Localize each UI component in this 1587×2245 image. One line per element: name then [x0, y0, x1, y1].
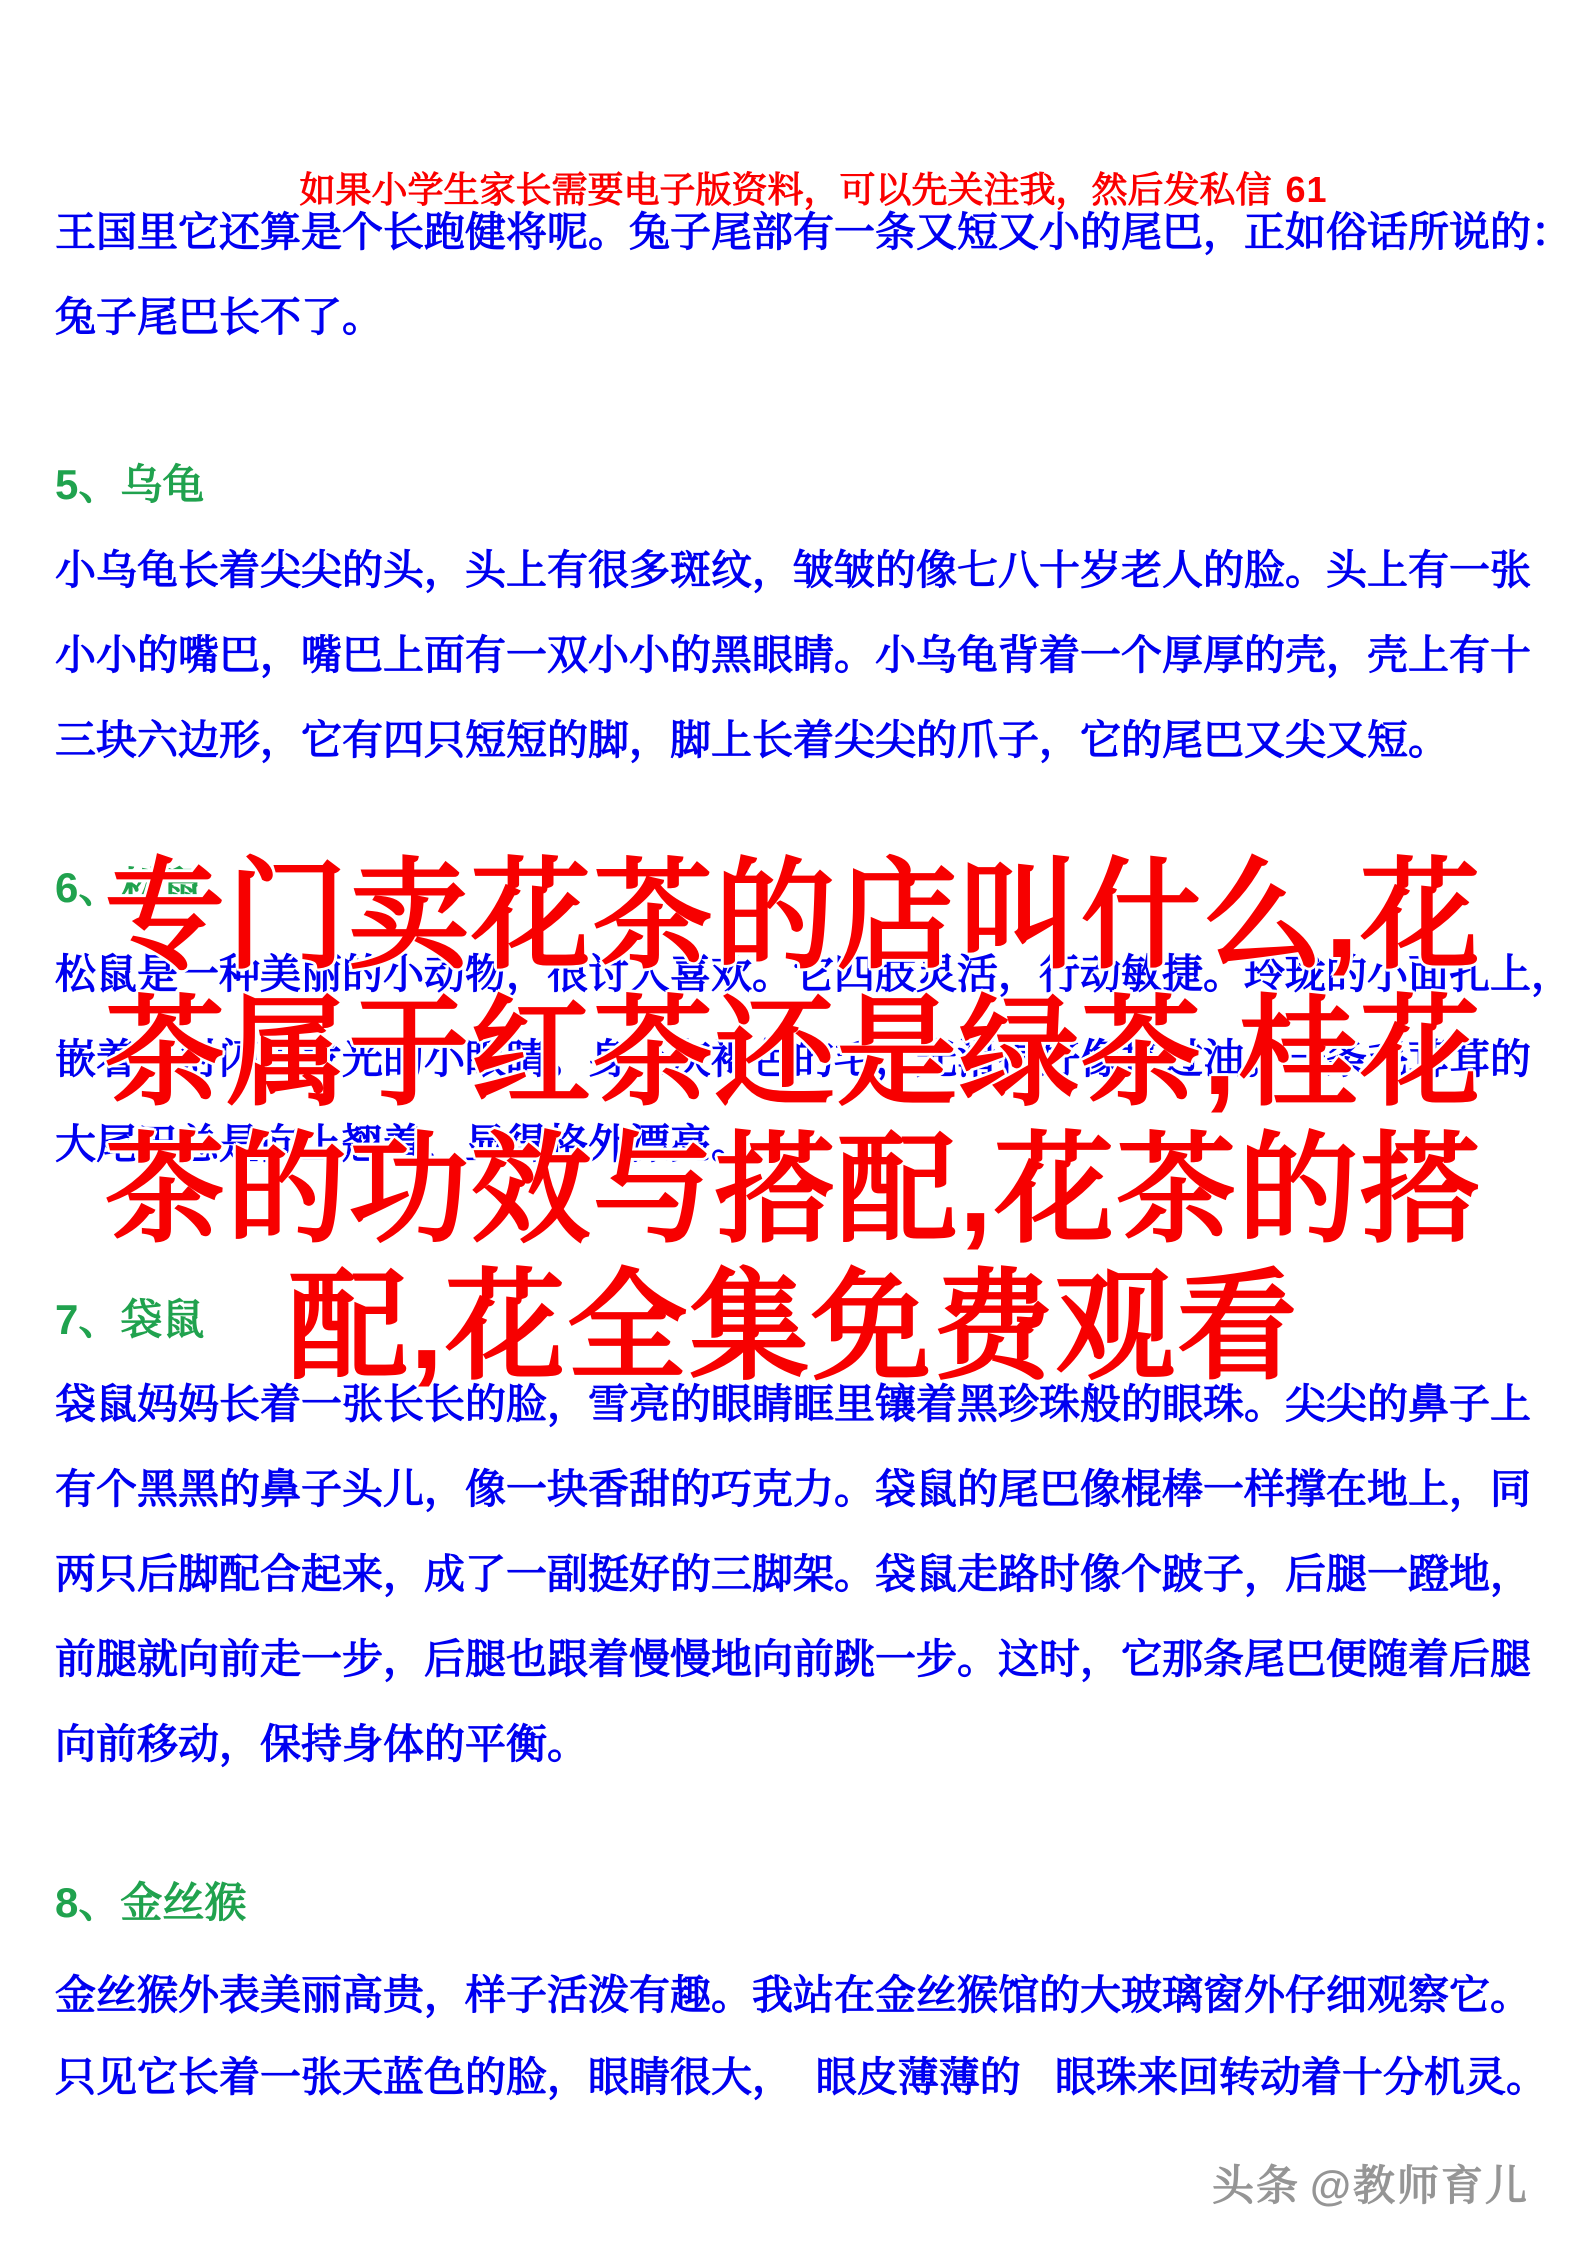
- text-line: 两只后脚配合起来，成了一副挺好的三脚架。袋鼠走路时像个跛子，后腿一蹬地，: [55, 1532, 1532, 1617]
- overlay-title-line: 茶的功效与搭配,花茶的搭: [0, 1122, 1587, 1259]
- text-line: 前腿就向前走一步，后腿也跟着慢慢地向前跳一步。这时，它那条尾巴便随着后腿: [55, 1617, 1532, 1702]
- text-line: 金丝猴外表美丽高贵，样子活泼有趣。我站在金丝猴馆的大玻璃窗外仔细观察它。: [55, 1954, 1532, 2036]
- text-line: 有个黑黑的鼻子头儿，像一块香甜的巧克力。袋鼠的尾巴像棍棒一样撑在地上，同: [55, 1447, 1532, 1532]
- text-line: 只见它长着一张天蓝色的脸，眼睛很大， 眼皮薄薄的 眼珠来回转动着十分机灵。: [55, 2036, 1532, 2118]
- overlay-title-line: 专门卖花茶的店叫什么,花: [0, 848, 1587, 985]
- document-page: 如果小学生家长需要电子版资料，可以先关注我，然后发私信61 王国里它还算是个长跑…: [0, 0, 1587, 2245]
- text-line: 兔子尾巴长不了。: [55, 275, 1532, 360]
- paragraph: 金丝猴外表美丽高贵，样子活泼有趣。我站在金丝猴馆的大玻璃窗外仔细观察它。只见它长…: [55, 1954, 1532, 2118]
- overlay-title-line: 茶属于红茶还是绿茶,桂花: [0, 985, 1587, 1122]
- paragraph: 王国里它还算是个长跑健将呢。兔子尾部有一条又短又小的尾巴，正如俗话所说的：兔子尾…: [55, 190, 1532, 360]
- section-heading: 8、金丝猴: [55, 1868, 1532, 1938]
- text-line: 8、金丝猴: [55, 1868, 1532, 1938]
- text-line: 三块六边形，它有四只短短的脚，脚上长着尖尖的爪子，它的尾巴又尖又短。: [55, 698, 1532, 783]
- section-heading: 5、乌龟: [55, 450, 1532, 520]
- watermark-account: @教师育儿: [1310, 2162, 1529, 2209]
- overlay-title-line: 配,花全集免费观看: [0, 1259, 1587, 1396]
- overlay-title: 专门卖花茶的店叫什么,花茶属于红茶还是绿茶,桂花茶的功效与搭配,花茶的搭配,花全…: [0, 848, 1587, 1396]
- text-line: 向前移动，保持身体的平衡。: [55, 1702, 1532, 1787]
- text-line: 5、乌龟: [55, 450, 1532, 520]
- text-line: 小乌龟长着尖尖的头，头上有很多斑纹，皱皱的像七八十岁老人的脸。头上有一张: [55, 528, 1532, 613]
- watermark-platform: 头条: [1212, 2162, 1300, 2209]
- watermark: 头条@教师育儿: [1212, 2158, 1529, 2214]
- paragraph: 袋鼠妈妈长着一张长长的脸，雪亮的眼睛眶里镶着黑珍珠般的眼珠。尖尖的鼻子上有个黑黑…: [55, 1362, 1532, 1787]
- text-line: 小小的嘴巴，嘴巴上面有一双小小的黑眼睛。小乌龟背着一个厚厚的壳，壳上有十: [55, 613, 1532, 698]
- paragraph: 小乌龟长着尖尖的头，头上有很多斑纹，皱皱的像七八十岁老人的脸。头上有一张小小的嘴…: [55, 528, 1532, 783]
- text-line: 王国里它还算是个长跑健将呢。兔子尾部有一条又短又小的尾巴，正如俗话所说的：: [55, 190, 1532, 275]
